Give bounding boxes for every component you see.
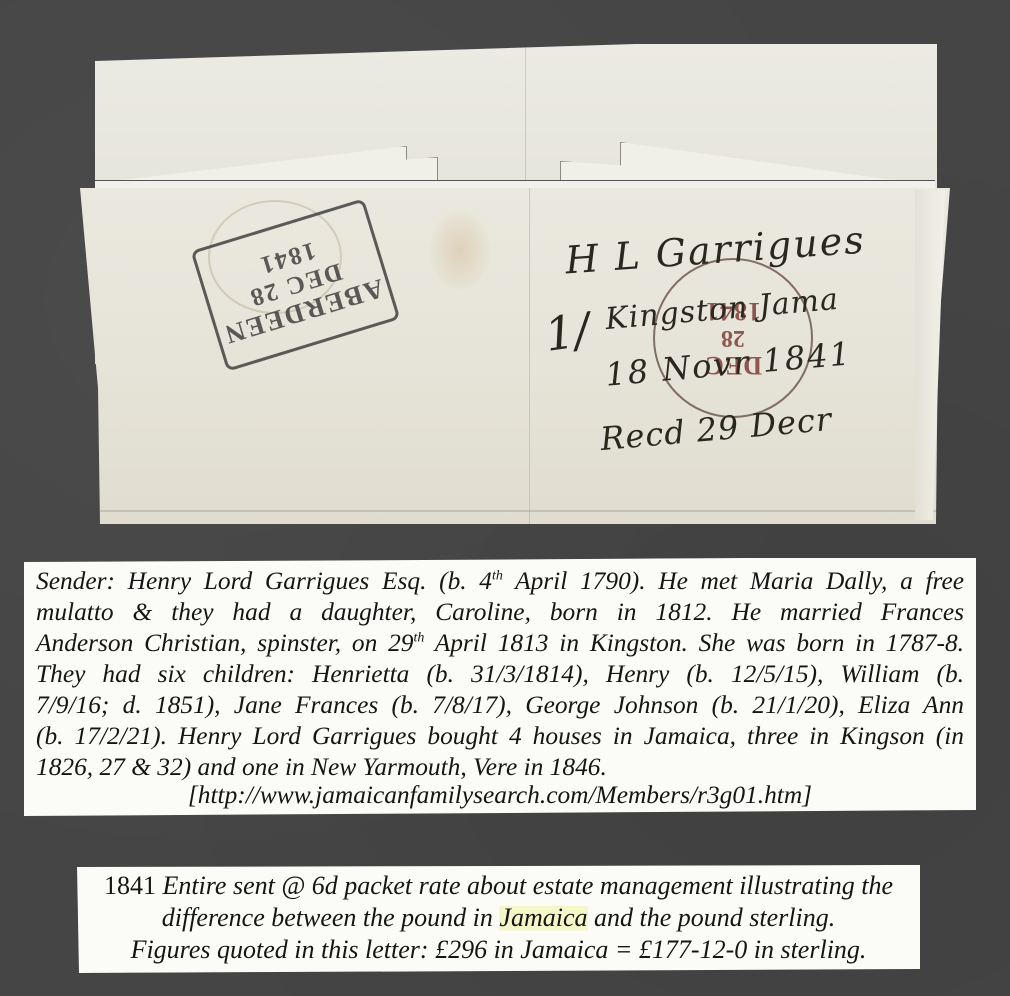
sender-caption: Sender: Henry Lord Garrigues Esq. (b. 4t…: [24, 558, 976, 818]
caption-line: Sender: Henry Lord Garrigues Esq. (b. 4t…: [36, 566, 964, 596]
caption-line: Figures quoted in this letter: £296 in J…: [77, 935, 920, 965]
circular-datestamp: DEC 28 1841: [653, 258, 813, 418]
caption-line: They had six children: Henrietta (b. 31/…: [36, 659, 964, 689]
handwritten-rate: 1/: [541, 302, 593, 362]
source-url: [http://www.jamaicanfamilysearch.com/Mem…: [36, 780, 964, 810]
caption-line: 1841 Entire sent @ 6d packet rate about …: [77, 871, 920, 901]
highlighted-word: Jamaica: [499, 903, 587, 932]
letter-cover: ABERDEEN DEC 28 1841 DEC 28 1841 H L Gar…: [0, 0, 1010, 550]
caption-line: Anderson Christian, spinster, on 29th Ap…: [36, 628, 964, 658]
caption-line: 7/9/16; d. 1851), Jane Frances (b. 7/8/1…: [36, 690, 964, 720]
wax-seal-stain: [430, 210, 490, 290]
caption-line: difference between the pound in Jamaica …: [77, 903, 920, 933]
caption-line: 1826, 27 & 32) and one in New Yarmouth, …: [36, 752, 964, 782]
caption-year: 1841: [104, 871, 156, 900]
right-fold-edge: [915, 190, 945, 520]
caption-line: mulatto & they had a daughter, Caroline,…: [36, 597, 964, 627]
caption-line: (b. 17/2/21). Henry Lord Garrigues bough…: [36, 721, 964, 751]
letter-caption: 1841 Entire sent @ 6d packet rate about …: [77, 865, 920, 973]
